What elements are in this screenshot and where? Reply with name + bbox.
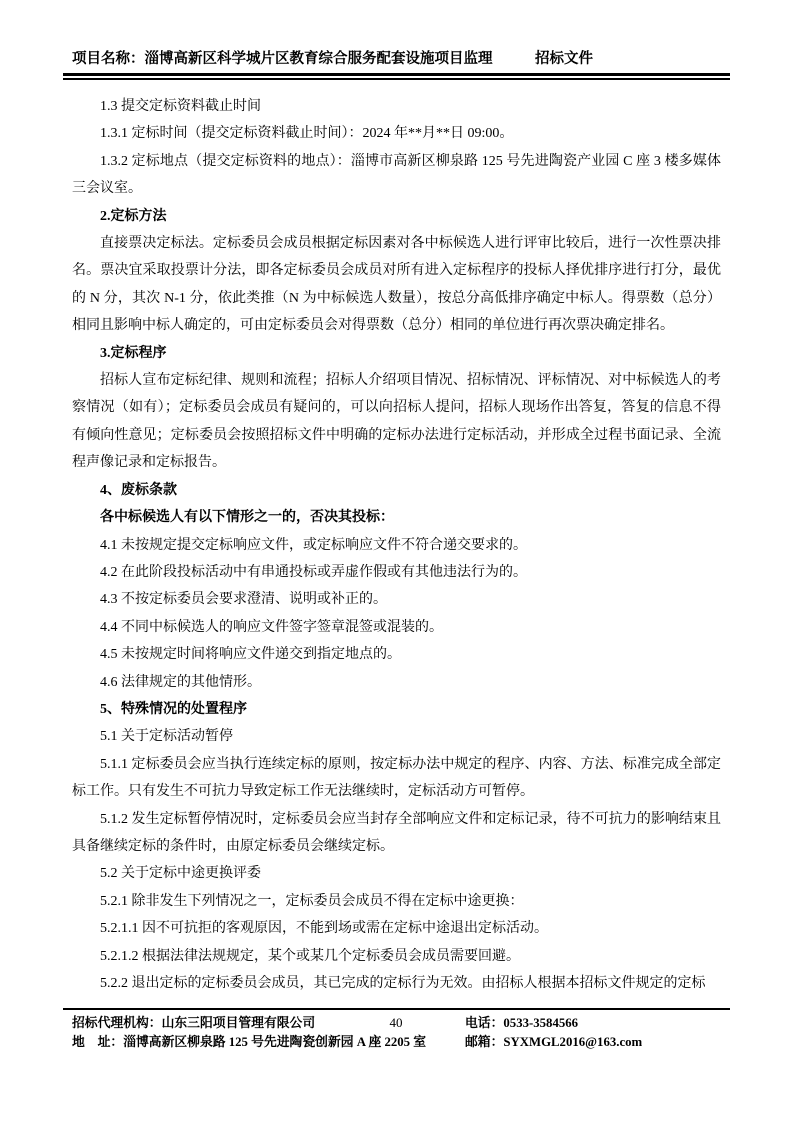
clause-5-2: 5.2 关于定标中途更换评委 [72, 860, 721, 887]
clause-5-2-1-1: 5.2.1.1 因不可抗拒的客观原因，不能到场或需在定标中途退出定标活动。 [72, 915, 721, 942]
clause-5-2-2: 5.2.2 退出定标的定标委员会成员，其已完成的定标行为无效。由招标人根据本招标… [72, 970, 721, 997]
heading-3-procedure: 3.定标程序 [72, 340, 721, 367]
clause-4-6: 4.6 法律规定的其他情形。 [72, 669, 721, 696]
clause-4-2: 4.2 在此阶段投标活动中有串通投标或弄虚作假或有其他违法行为的。 [72, 559, 721, 586]
footer-right-column: 电话：0533-3584566 邮箱：SYXMGL2016@163.com [465, 1014, 642, 1051]
heading-5-special: 5、特殊情况的处置程序 [72, 696, 721, 723]
project-name-label: 项目名称：淄博高新区科学城片区教育综合服务配套设施项目监理 [63, 50, 493, 69]
footer-phone: 电话：0533-3584566 [465, 1014, 642, 1033]
clause-1-3-2: 1.3.2 定标地点（提交定标资料的地点）：淄博市高新区柳泉路 125 号先进陶… [72, 148, 721, 203]
clause-4-4: 4.4 不同中标候选人的响应文件签字签章混签或混装的。 [72, 614, 721, 641]
clause-5-1-1: 5.1.1 定标委员会应当执行连续定标的原则，按定标办法中规定的程序、内容、方法… [72, 751, 721, 806]
clause-5-2-1: 5.2.1 除非发生下列情况之一，定标委员会成员不得在定标中途更换： [72, 888, 721, 915]
document-page: 项目名称：淄博高新区科学城片区教育综合服务配套设施项目监理 招标文件 1.3 提… [0, 0, 793, 1122]
footer-body: 招标代理机构：山东三阳项目管理有限公司 地 址：淄博高新区柳泉路 125 号先进… [63, 1014, 730, 1051]
page-footer: 招标代理机构：山东三阳项目管理有限公司 地 址：淄博高新区柳泉路 125 号先进… [63, 1008, 730, 1051]
para-method-detail: 直接票决定标法。定标委员会成员根据定标因素对各中标候选人进行评审比较后，进行一次… [72, 230, 721, 340]
heading-2-method: 2.定标方法 [72, 203, 721, 230]
clause-5-2-1-2: 5.2.1.2 根据法律法规规定，某个或某几个定标委员会成员需要回避。 [72, 943, 721, 970]
clause-1-3: 1.3 提交定标资料截止时间 [72, 93, 721, 120]
footer-email: 邮箱：SYXMGL2016@163.com [465, 1033, 642, 1052]
clause-5-1: 5.1 关于定标活动暂停 [72, 723, 721, 750]
page-header: 项目名称：淄博高新区科学城片区教育综合服务配套设施项目监理 招标文件 [63, 0, 730, 69]
footer-rule [63, 1008, 730, 1010]
header-double-rule [63, 73, 730, 80]
heading-4-intro: 各中标候选人有以下情形之一的，否决其投标： [72, 504, 721, 531]
clause-4-1: 4.1 未按规定提交定标响应文件，或定标响应文件不符合递交要求的。 [72, 532, 721, 559]
heading-4-invalid-bid: 4、废标条款 [72, 477, 721, 504]
doc-type-label: 招标文件 [535, 50, 593, 69]
para-procedure-detail: 招标人宣布定标纪律、规则和流程；招标人介绍项目情况、招标情况、评标情况、对中标候… [72, 367, 721, 477]
clause-4-3: 4.3 不按定标委员会要求澄清、说明或补正的。 [72, 586, 721, 613]
clause-1-3-1: 1.3.1 定标时间（提交定标资料截止时间）：2024 年**月**日 09:0… [72, 120, 721, 147]
page-number: 40 [390, 1014, 403, 1033]
clause-4-5: 4.5 未按规定时间将响应文件递交到指定地点的。 [72, 641, 721, 668]
clause-5-1-2: 5.1.2 发生定标暂停情况时，定标委员会应当封存全部响应文件和定标记录，待不可… [72, 806, 721, 861]
document-body: 1.3 提交定标资料截止时间 1.3.1 定标时间（提交定标资料截止时间）：20… [72, 93, 721, 997]
